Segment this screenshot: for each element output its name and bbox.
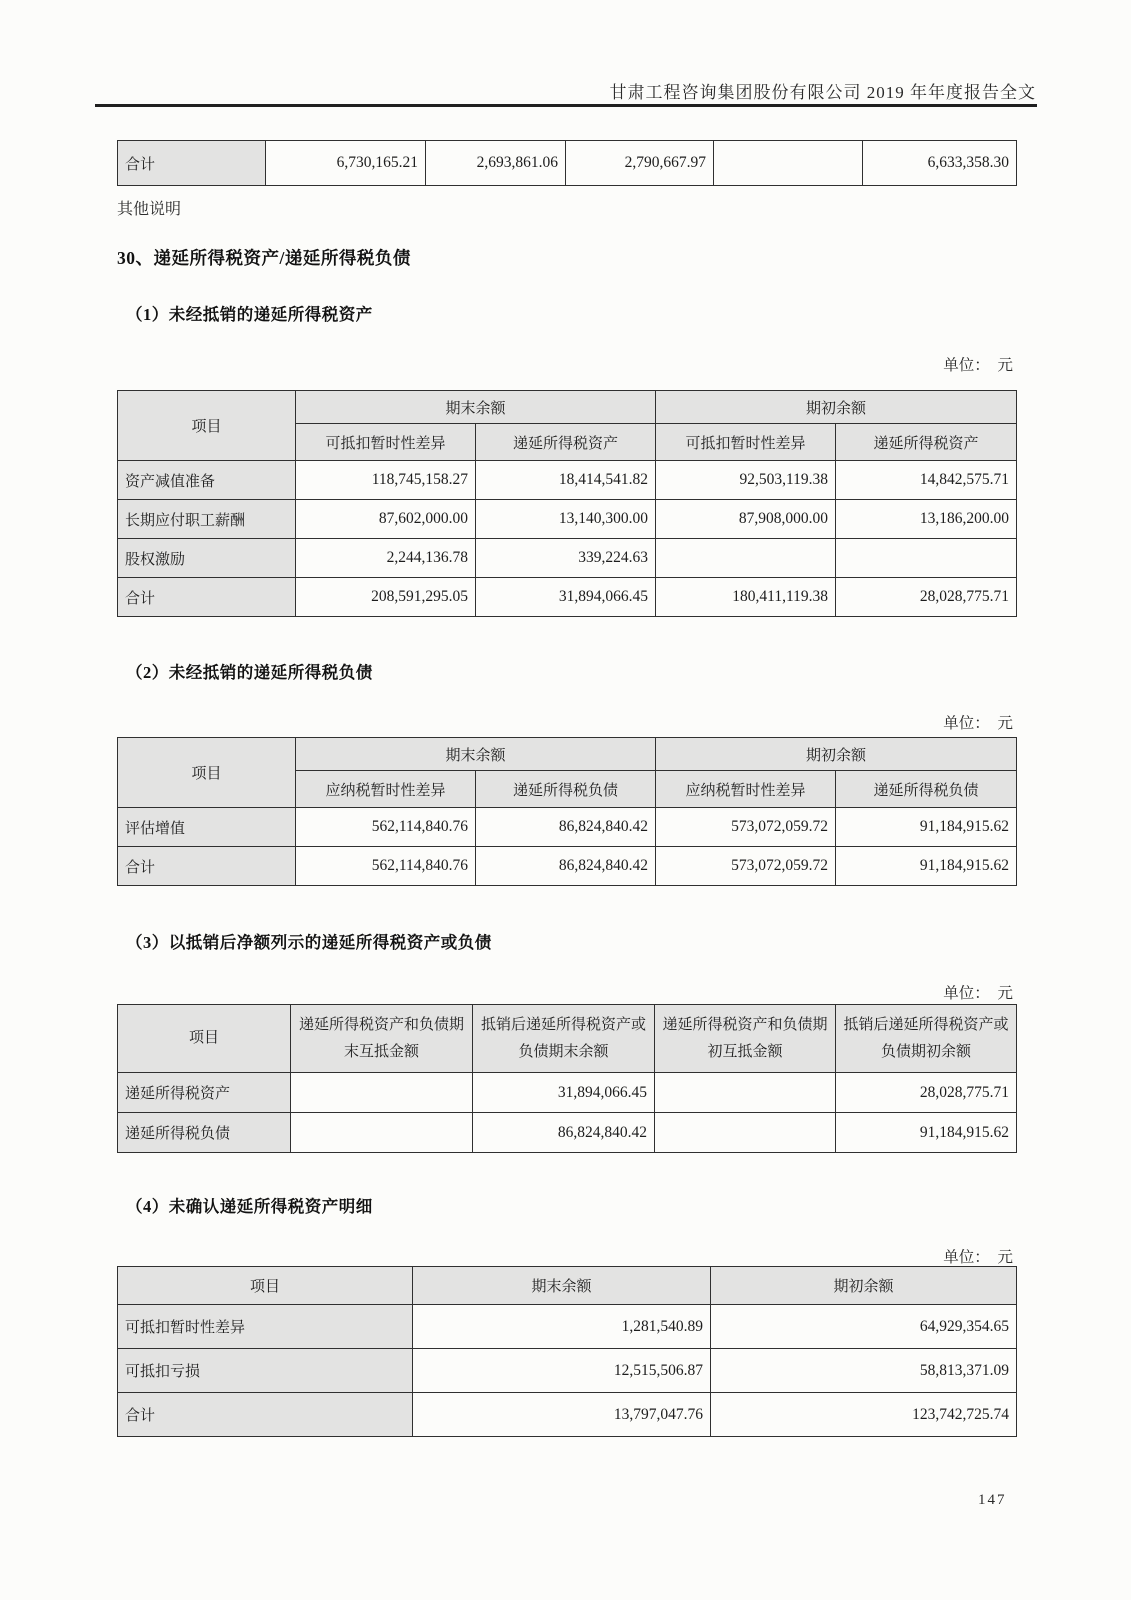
column-group-period-end: 期末余额 <box>296 391 656 424</box>
value-cell <box>655 1113 836 1153</box>
table-row: 长期应付职工薪酬 87,602,000.00 13,140,300.00 87,… <box>118 500 1017 539</box>
table-row: 合计 562,114,840.76 86,824,840.42 573,072,… <box>118 847 1017 886</box>
value-cell: 562,114,840.76 <box>296 808 476 847</box>
value-cell: 6,633,358.30 <box>863 141 1017 186</box>
table-header-row: 项目 期末余额 期初余额 <box>118 738 1017 771</box>
row-label-total: 合计 <box>118 141 266 186</box>
sub1-title: （1）未经抵销的递延所得税资产 <box>126 301 373 325</box>
value-cell <box>291 1073 473 1113</box>
value-cell: 13,797,047.76 <box>413 1393 711 1437</box>
value-cell: 2,693,861.06 <box>426 141 566 186</box>
value-cell: 12,515,506.87 <box>413 1349 711 1393</box>
value-cell: 86,824,840.42 <box>476 808 656 847</box>
value-cell <box>714 141 863 186</box>
value-cell: 92,503,119.38 <box>656 461 836 500</box>
column-header-item: 项目 <box>118 1005 291 1073</box>
value-cell: 28,028,775.71 <box>836 1073 1017 1113</box>
unit-label: 单位： 元 <box>117 353 1013 375</box>
value-cell: 2,790,667.97 <box>566 141 714 186</box>
column-header-item: 项目 <box>118 391 296 461</box>
row-label: 可抵扣暂时性差异 <box>118 1305 413 1349</box>
value-cell: 91,184,915.62 <box>836 1113 1017 1153</box>
value-cell: 86,824,840.42 <box>473 1113 655 1153</box>
column-header: 递延所得税负债 <box>476 771 656 808</box>
column-header: 可抵扣暂时性差异 <box>296 424 476 461</box>
column-header: 抵销后递延所得税资产或负债期末余额 <box>473 1005 655 1073</box>
page-number: 147 <box>978 1492 1007 1509</box>
table-row: 递延所得税负债 86,824,840.42 91,184,915.62 <box>118 1113 1017 1153</box>
value-cell: 14,842,575.71 <box>836 461 1017 500</box>
page-header-title: 甘肃工程咨询集团股份有限公司 2019 年年度报告全文 <box>95 78 1036 103</box>
row-label: 递延所得税负债 <box>118 1113 291 1153</box>
row-label: 可抵扣亏损 <box>118 1349 413 1393</box>
value-cell: 87,908,000.00 <box>656 500 836 539</box>
column-header: 期初余额 <box>711 1267 1017 1305</box>
value-cell: 339,224.63 <box>476 539 656 578</box>
value-cell: 573,072,059.72 <box>656 847 836 886</box>
column-group-period-end: 期末余额 <box>296 738 656 771</box>
value-cell: 31,894,066.45 <box>476 578 656 617</box>
report-page: 甘肃工程咨询集团股份有限公司 2019 年年度报告全文 合计 6,730,165… <box>0 0 1131 1600</box>
value-cell: 118,745,158.27 <box>296 461 476 500</box>
value-cell: 2,244,136.78 <box>296 539 476 578</box>
value-cell <box>656 539 836 578</box>
table-row: 合计 6,730,165.21 2,693,861.06 2,790,667.9… <box>118 141 1017 186</box>
unrecognized-deferred-tax-assets-table: 项目 期末余额 期初余额 可抵扣暂时性差异 1,281,540.89 64,92… <box>117 1266 1017 1437</box>
table-row: 资产减值准备 118,745,158.27 18,414,541.82 92,5… <box>118 461 1017 500</box>
table-row: 可抵扣暂时性差异 1,281,540.89 64,929,354.65 <box>118 1305 1017 1349</box>
value-cell: 573,072,059.72 <box>656 808 836 847</box>
sub4-title: （4）未确认递延所得税资产明细 <box>126 1193 373 1217</box>
column-header: 递延所得税资产 <box>476 424 656 461</box>
carryover-total-table: 合计 6,730,165.21 2,693,861.06 2,790,667.9… <box>117 140 1017 186</box>
row-label: 资产减值准备 <box>118 461 296 500</box>
row-label-total: 合计 <box>118 578 296 617</box>
column-header: 可抵扣暂时性差异 <box>656 424 836 461</box>
unit-label: 单位： 元 <box>117 981 1013 1003</box>
sub2-title: （2）未经抵销的递延所得税负债 <box>126 659 373 683</box>
row-label: 股权激励 <box>118 539 296 578</box>
other-note: 其他说明 <box>117 196 181 219</box>
row-label-total: 合计 <box>118 1393 413 1437</box>
table-header-row: 项目 期末余额 期初余额 <box>118 1267 1017 1305</box>
table-row: 合计 13,797,047.76 123,742,725.74 <box>118 1393 1017 1437</box>
table-row: 股权激励 2,244,136.78 339,224.63 <box>118 539 1017 578</box>
value-cell: 13,186,200.00 <box>836 500 1017 539</box>
value-cell: 6,730,165.21 <box>266 141 426 186</box>
row-label: 长期应付职工薪酬 <box>118 500 296 539</box>
column-group-period-begin: 期初余额 <box>656 738 1017 771</box>
column-header: 抵销后递延所得税资产或负债期初余额 <box>836 1005 1017 1073</box>
value-cell: 1,281,540.89 <box>413 1305 711 1349</box>
row-label: 评估增值 <box>118 808 296 847</box>
column-header: 应纳税暂时性差异 <box>296 771 476 808</box>
value-cell: 28,028,775.71 <box>836 578 1017 617</box>
table-header-row: 项目 递延所得税资产和负债期末互抵金额 抵销后递延所得税资产或负债期末余额 递延… <box>118 1005 1017 1073</box>
value-cell: 562,114,840.76 <box>296 847 476 886</box>
deferred-tax-liabilities-table: 项目 期末余额 期初余额 应纳税暂时性差异 递延所得税负债 应纳税暂时性差异 递… <box>117 737 1017 886</box>
section-30-title: 30、递延所得税资产/递延所得税负债 <box>117 245 411 270</box>
netted-deferred-tax-table: 项目 递延所得税资产和负债期末互抵金额 抵销后递延所得税资产或负债期末余额 递延… <box>117 1004 1017 1153</box>
table-header-row: 项目 期末余额 期初余额 <box>118 391 1017 424</box>
column-group-period-begin: 期初余额 <box>656 391 1017 424</box>
table-row: 递延所得税资产 31,894,066.45 28,028,775.71 <box>118 1073 1017 1113</box>
column-header-item: 项目 <box>118 738 296 808</box>
row-label-total: 合计 <box>118 847 296 886</box>
value-cell: 58,813,371.09 <box>711 1349 1017 1393</box>
column-header-item: 项目 <box>118 1267 413 1305</box>
value-cell <box>836 539 1017 578</box>
column-header: 递延所得税资产和负债期初互抵金额 <box>655 1005 836 1073</box>
value-cell: 18,414,541.82 <box>476 461 656 500</box>
column-header: 应纳税暂时性差异 <box>656 771 836 808</box>
table-row: 可抵扣亏损 12,515,506.87 58,813,371.09 <box>118 1349 1017 1393</box>
column-header: 递延所得税负债 <box>836 771 1017 808</box>
value-cell: 91,184,915.62 <box>836 808 1017 847</box>
unit-label: 单位： 元 <box>117 711 1013 733</box>
value-cell: 208,591,295.05 <box>296 578 476 617</box>
value-cell: 64,929,354.65 <box>711 1305 1017 1349</box>
value-cell: 180,411,119.38 <box>656 578 836 617</box>
value-cell: 13,140,300.00 <box>476 500 656 539</box>
column-header: 递延所得税资产 <box>836 424 1017 461</box>
header-rule <box>95 104 1037 107</box>
table-row: 评估增值 562,114,840.76 86,824,840.42 573,07… <box>118 808 1017 847</box>
value-cell: 123,742,725.74 <box>711 1393 1017 1437</box>
row-label: 递延所得税资产 <box>118 1073 291 1113</box>
value-cell: 87,602,000.00 <box>296 500 476 539</box>
column-header: 期末余额 <box>413 1267 711 1305</box>
column-header: 递延所得税资产和负债期末互抵金额 <box>291 1005 473 1073</box>
value-cell: 31,894,066.45 <box>473 1073 655 1113</box>
table-row: 合计 208,591,295.05 31,894,066.45 180,411,… <box>118 578 1017 617</box>
unit-label: 单位： 元 <box>117 1245 1013 1267</box>
deferred-tax-assets-table: 项目 期末余额 期初余额 可抵扣暂时性差异 递延所得税资产 可抵扣暂时性差异 递… <box>117 390 1017 617</box>
value-cell: 86,824,840.42 <box>476 847 656 886</box>
value-cell <box>655 1073 836 1113</box>
sub3-title: （3）以抵销后净额列示的递延所得税资产或负债 <box>126 929 492 953</box>
value-cell <box>291 1113 473 1153</box>
value-cell: 91,184,915.62 <box>836 847 1017 886</box>
